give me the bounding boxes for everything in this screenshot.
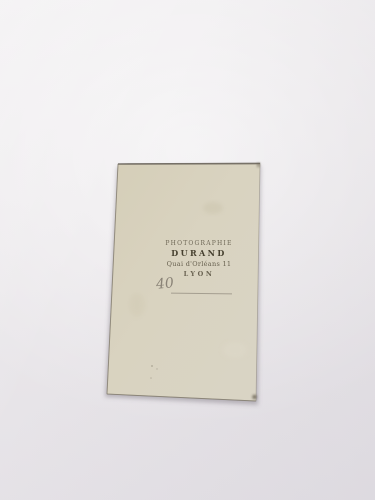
- handwritten-number: 40: [155, 276, 174, 292]
- stain-2: [129, 293, 145, 317]
- stain-3: [223, 342, 247, 358]
- photographer-stamp: PHOTOGRAPHIE DURAND Quai d'Orléans 11 LY…: [148, 240, 250, 278]
- corner-mark-top-right: [257, 163, 260, 167]
- stamp-line-photographie: PHOTOGRAPHIE: [148, 240, 250, 247]
- speck-3: [150, 377, 152, 379]
- corner-smudge-bottom-right: [252, 395, 256, 399]
- card-top-edge: [118, 164, 260, 165]
- card-face: [107, 163, 260, 401]
- speck-2: [156, 368, 157, 369]
- speck-1: [151, 365, 153, 367]
- stamp-line-address: Quai d'Orléans 11: [148, 260, 250, 268]
- photo-backdrop: PHOTOGRAPHIE DURAND Quai d'Orléans 11 LY…: [0, 0, 375, 500]
- stamp-line-durand: DURAND: [148, 248, 250, 258]
- stain-1: [203, 202, 223, 214]
